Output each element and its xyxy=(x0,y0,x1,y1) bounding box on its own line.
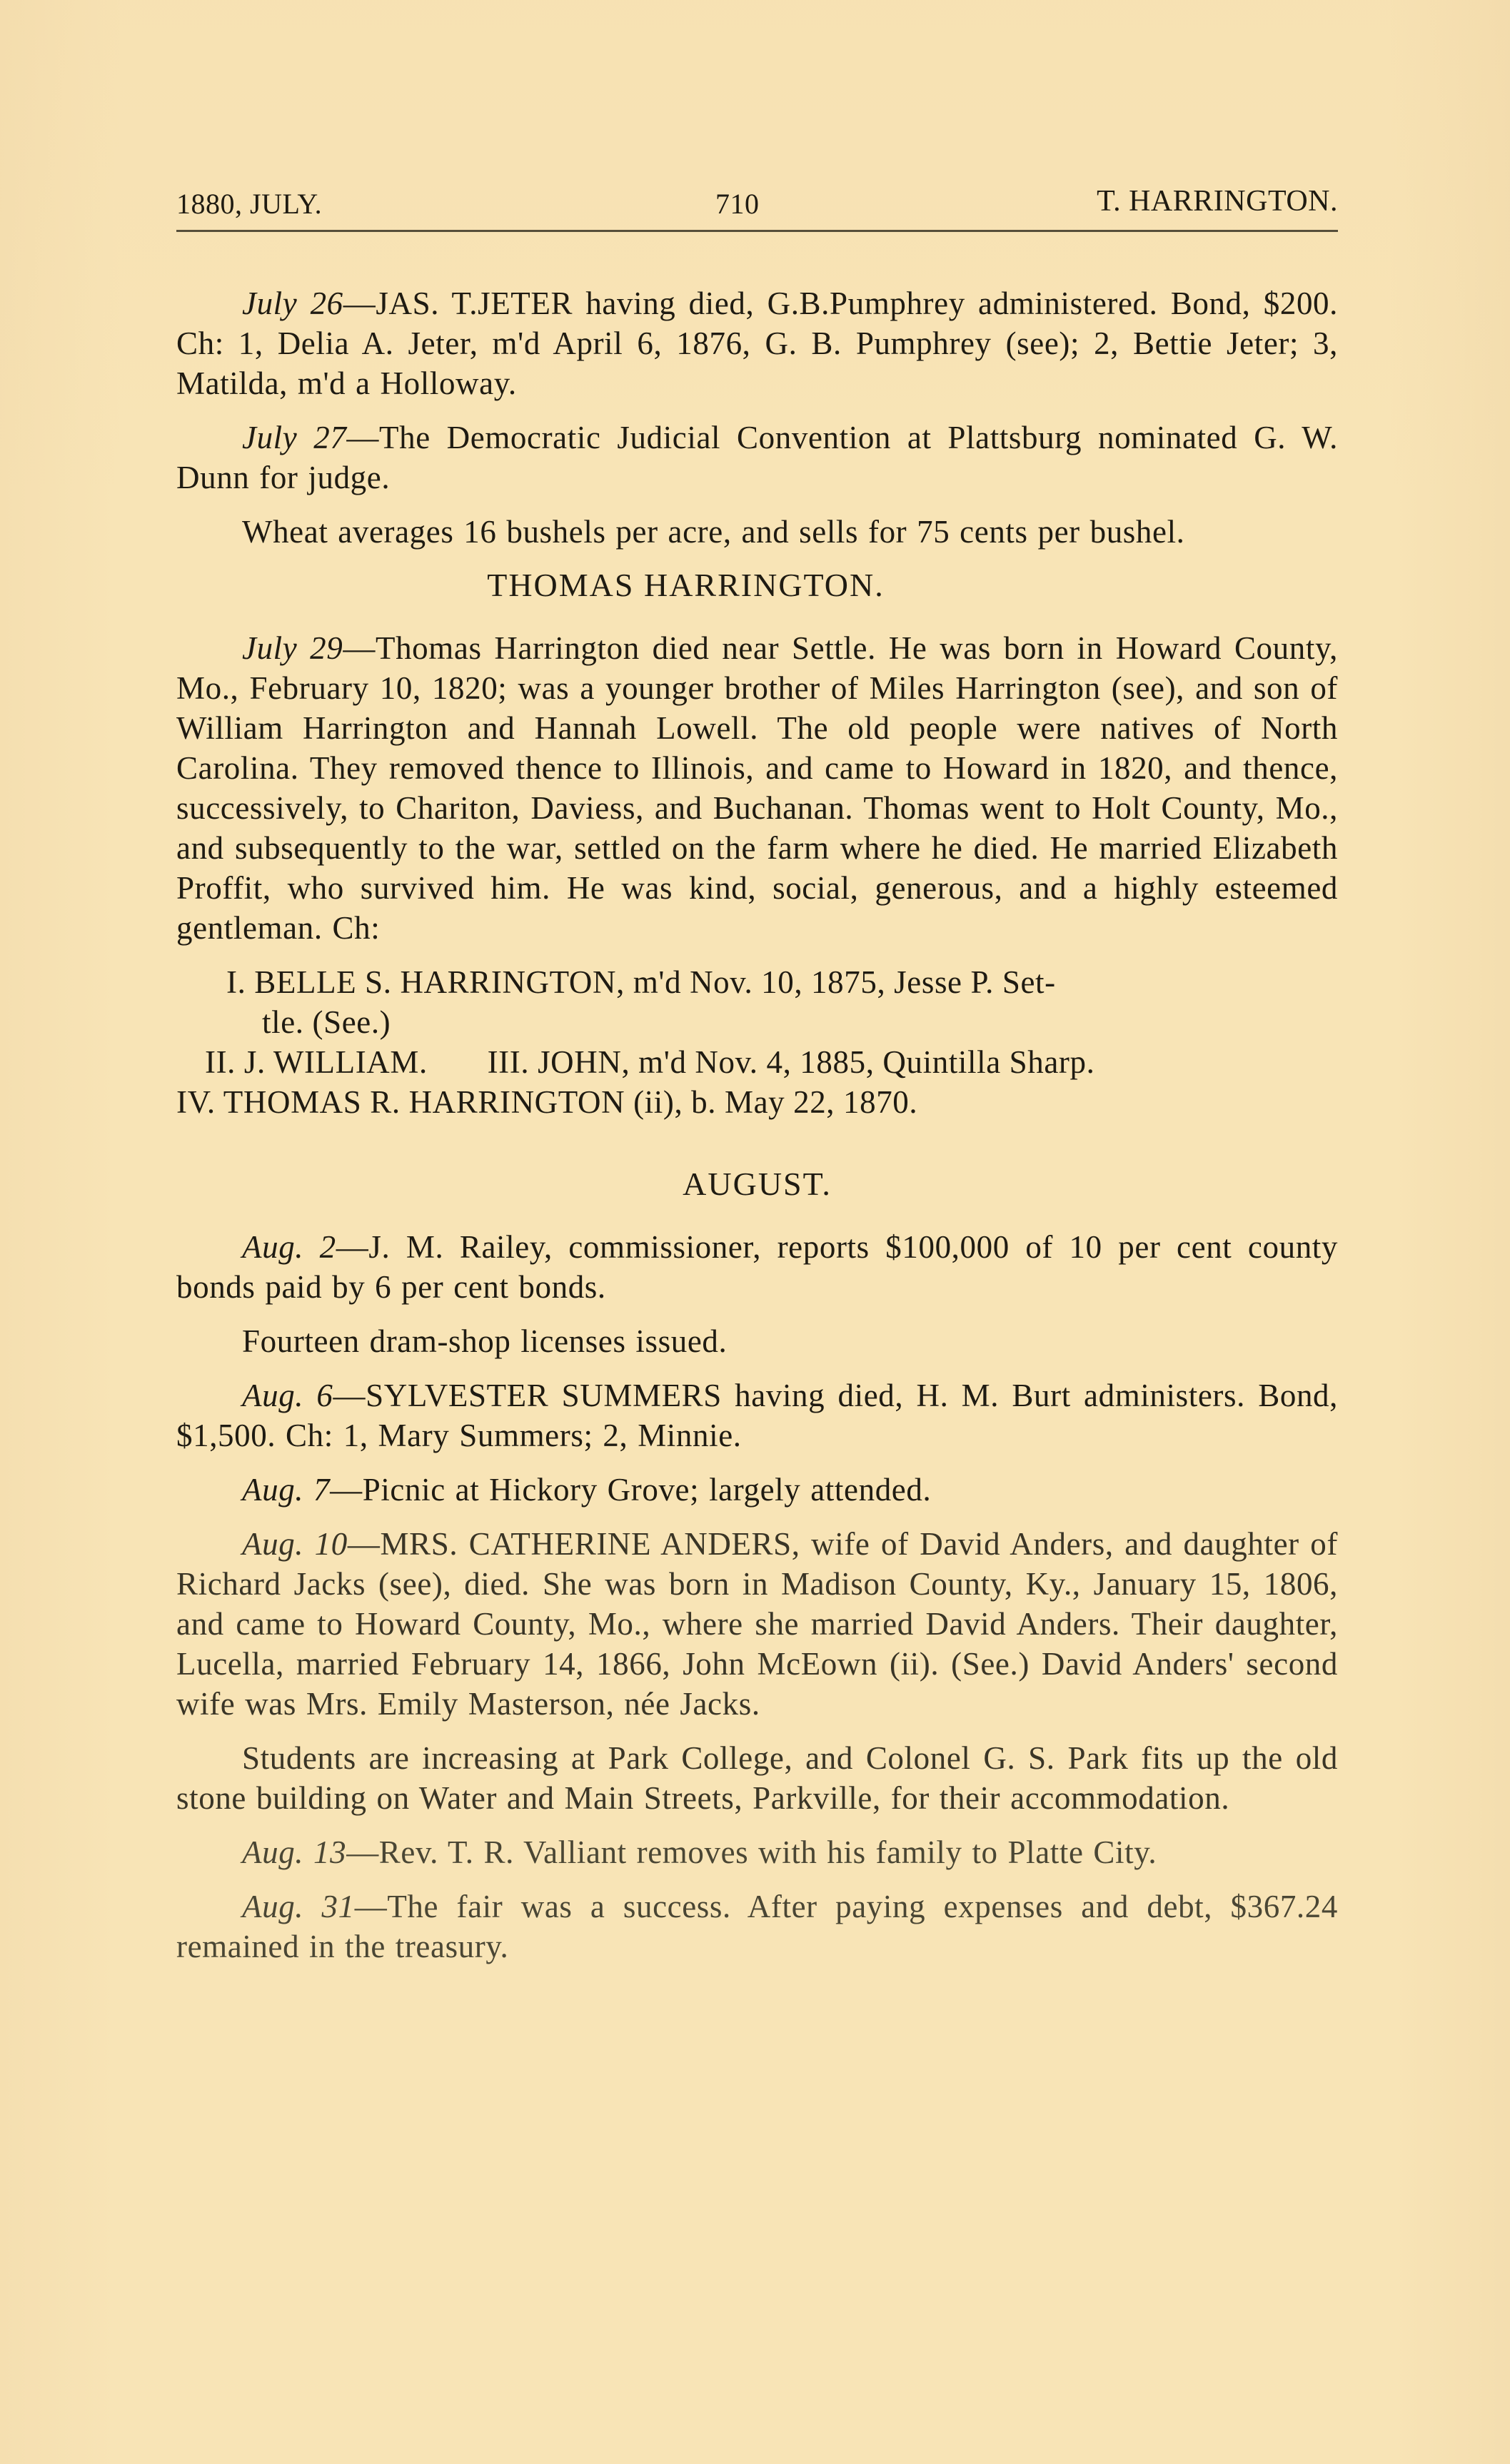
entry-date: July 27 xyxy=(242,420,346,455)
entry-text: —J. M. Railey, commissioner, reports $10… xyxy=(176,1229,1338,1305)
child-numeral: IV. xyxy=(176,1082,216,1122)
child-text: JOHN, m'd Nov. 4, 1885, Quintilla Sharp. xyxy=(538,1044,1094,1080)
child-item: I. BELLE S. HARRINGTON, m'd Nov. 10, 187… xyxy=(176,962,1338,1042)
child-text-continuation: tle. (See.) xyxy=(226,1002,1338,1042)
entry-text: Fourteen dram-shop licenses issued. xyxy=(242,1323,727,1359)
entry-date: Aug. 6 xyxy=(242,1378,333,1413)
entry-text: Wheat averages 16 bushels per acre, and … xyxy=(242,514,1185,550)
entry-text: Students are increasing at Park College,… xyxy=(176,1740,1338,1816)
entry-date: Aug. 7 xyxy=(242,1472,330,1508)
entry-text: —Picnic at Hickory Grove; largely attend… xyxy=(330,1472,931,1508)
entry-text: —JAS. T.JETER having died, G.B.Pumphrey … xyxy=(176,286,1338,401)
entry-wheat: Wheat averages 16 bushels per acre, and … xyxy=(176,512,1338,552)
entry-dram-shop: Fourteen dram-shop licenses issued. xyxy=(176,1321,1338,1361)
running-head-subject: T. HARRINGTON. xyxy=(1097,184,1338,218)
child-text: THOMAS R. HARRINGTON (ii), b. May 22, 18… xyxy=(223,1084,917,1120)
entry-date: July 26 xyxy=(242,286,343,321)
entry-aug-10: Aug. 10—MRS. CATHERINE ANDERS, wife of D… xyxy=(176,1524,1338,1724)
entry-aug-2: Aug. 2—J. M. Railey, commissioner, repor… xyxy=(176,1227,1338,1307)
entry-park-college: Students are increasing at Park College,… xyxy=(176,1738,1338,1818)
page-number: 710 xyxy=(715,187,760,221)
entry-aug-31: Aug. 31—The fair was a success. After pa… xyxy=(176,1887,1338,1966)
section-heading-august: AUGUST. xyxy=(176,1165,1338,1203)
running-head-date: 1880, JULY. xyxy=(176,187,322,221)
entry-text: —Rev. T. R. Valliant removes with his fa… xyxy=(346,1834,1157,1870)
entry-text: —Thomas Harrington died near Settle. He … xyxy=(176,630,1338,946)
entry-text: —MRS. CATHERINE ANDERS, wife of David An… xyxy=(176,1526,1338,1722)
child-item: IV. THOMAS R. HARRINGTON (ii), b. May 22… xyxy=(176,1082,1338,1122)
child-item: II. J. WILLIAM. III. JOHN, m'd Nov. 4, 1… xyxy=(176,1042,1338,1082)
child-numeral: II. xyxy=(205,1042,236,1082)
header-rule xyxy=(176,230,1338,232)
entry-date: July 29 xyxy=(242,630,343,666)
entry-aug-13: Aug. 13—Rev. T. R. Valliant removes with… xyxy=(176,1832,1338,1872)
child-numeral: III. xyxy=(488,1042,530,1082)
entry-july-27: July 27—The Democratic Judicial Conventi… xyxy=(176,418,1338,498)
entry-date: Aug. 2 xyxy=(242,1229,336,1265)
entry-date: Aug. 31 xyxy=(242,1889,355,1924)
entry-date: Aug. 13 xyxy=(242,1834,346,1870)
entry-july-29: July 29—Thomas Harrington died near Sett… xyxy=(176,628,1338,948)
child-numeral: I. xyxy=(226,962,246,1002)
children-list: I. BELLE S. HARRINGTON, m'd Nov. 10, 187… xyxy=(176,962,1338,1122)
entry-text: —The Democratic Judicial Convention at P… xyxy=(176,420,1338,495)
entry-july-26: July 26—JAS. T.JETER having died, G.B.Pu… xyxy=(176,283,1338,403)
child-text: J. WILLIAM. xyxy=(244,1044,428,1080)
child-text: BELLE S. HARRINGTON, m'd Nov. 10, 1875, … xyxy=(254,964,1055,1000)
entry-aug-6: Aug. 6—SYLVESTER SUMMERS having died, H.… xyxy=(176,1375,1338,1455)
entry-aug-7: Aug. 7—Picnic at Hickory Grove; largely … xyxy=(176,1470,1338,1510)
section-heading-thomas-harrington: THOMAS HARRINGTON. xyxy=(176,566,1338,604)
book-page: 1880, JULY. 710 T. HARRINGTON. July 26—J… xyxy=(176,184,1338,1981)
running-head: 1880, JULY. 710 T. HARRINGTON. xyxy=(176,184,1338,221)
entry-date: Aug. 10 xyxy=(242,1526,348,1562)
entry-text: —SYLVESTER SUMMERS having died, H. M. Bu… xyxy=(176,1378,1338,1453)
